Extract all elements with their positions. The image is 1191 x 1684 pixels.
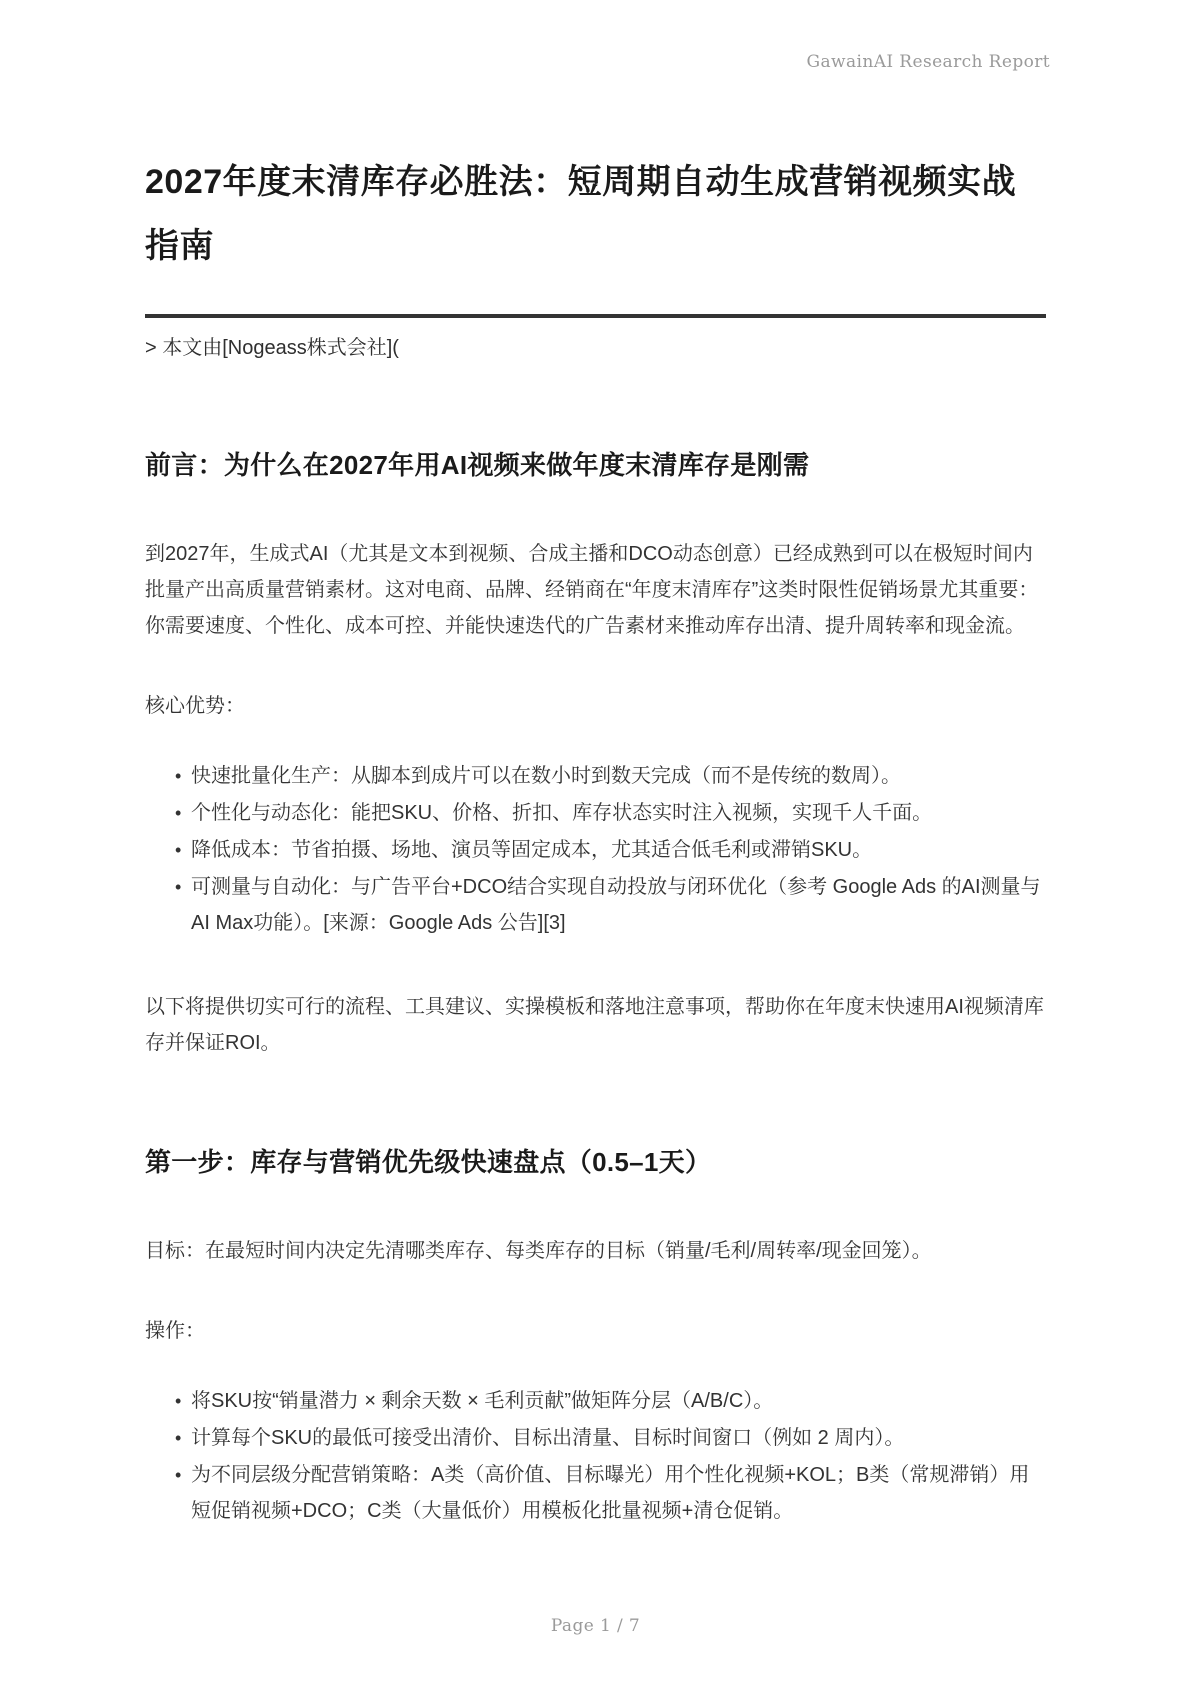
- bullet-item: 降低成本：节省拍摄、场地、演员等固定成本，尤其适合低毛利或滞销SKU。: [175, 832, 1046, 868]
- running-header: GawainAI Research Report: [807, 52, 1051, 72]
- bullet-item: 快速批量化生产：从脚本到成片可以在数小时到数天完成（而不是传统的数周）。: [175, 758, 1046, 794]
- bullet-item: 可测量与自动化：与广告平台+DCO结合实现自动投放与闭环优化（参考 Google…: [175, 869, 1046, 941]
- page-content: 2027年度末清库存必胜法：短周期自动生成营销视频实战指南 > 本文由[Noge…: [0, 0, 1191, 1529]
- content-blocks: 前言：为什么在2027年用AI视频来做年度末清库存是刚需到2027年，生成式AI…: [145, 446, 1046, 1529]
- bullet-item: 将SKU按“销量潜力 × 剩余天数 × 毛利贡献”做矩阵分层（A/B/C）。: [175, 1383, 1046, 1419]
- document-title: 2027年度末清库存必胜法：短周期自动生成营销视频实战指南: [145, 150, 1046, 278]
- paragraph: 到2027年，生成式AI（尤其是文本到视频、合成主播和DCO动态创意）已经成熟到…: [145, 536, 1046, 644]
- bullet-list: 将SKU按“销量潜力 × 剩余天数 × 毛利贡献”做矩阵分层（A/B/C）。计算…: [145, 1383, 1046, 1529]
- title-divider: [145, 314, 1046, 318]
- document-page: GawainAI Research Report 2027年度末清库存必胜法：短…: [0, 0, 1191, 1684]
- bullet-item: 为不同层级分配营销策略：A类（高价值、目标曝光）用个性化视频+KOL；B类（常规…: [175, 1457, 1046, 1529]
- byline-text: > 本文由[Nogeass株式会社](: [145, 332, 1046, 364]
- section-heading: 前言：为什么在2027年用AI视频来做年度末清库存是刚需: [145, 446, 1046, 484]
- paragraph: 以下将提供切实可行的流程、工具建议、实操模板和落地注意事项，帮助你在年度末快速用…: [145, 989, 1046, 1061]
- paragraph: 核心优势：: [145, 688, 1046, 724]
- paragraph: 操作：: [145, 1313, 1046, 1349]
- bullet-list: 快速批量化生产：从脚本到成片可以在数小时到数天完成（而不是传统的数周）。个性化与…: [145, 758, 1046, 941]
- page-number: Page 1 / 7: [0, 1616, 1191, 1636]
- paragraph: 目标：在最短时间内决定先清哪类库存、每类库存的目标（销量/毛利/周转率/现金回笼…: [145, 1233, 1046, 1269]
- bullet-item: 个性化与动态化：能把SKU、价格、折扣、库存状态实时注入视频，实现千人千面。: [175, 795, 1046, 831]
- section-heading: 第一步：库存与营销优先级快速盘点（0.5–1天）: [145, 1143, 1046, 1181]
- bullet-item: 计算每个SKU的最低可接受出清价、目标出清量、目标时间窗口（例如 2 周内）。: [175, 1420, 1046, 1456]
